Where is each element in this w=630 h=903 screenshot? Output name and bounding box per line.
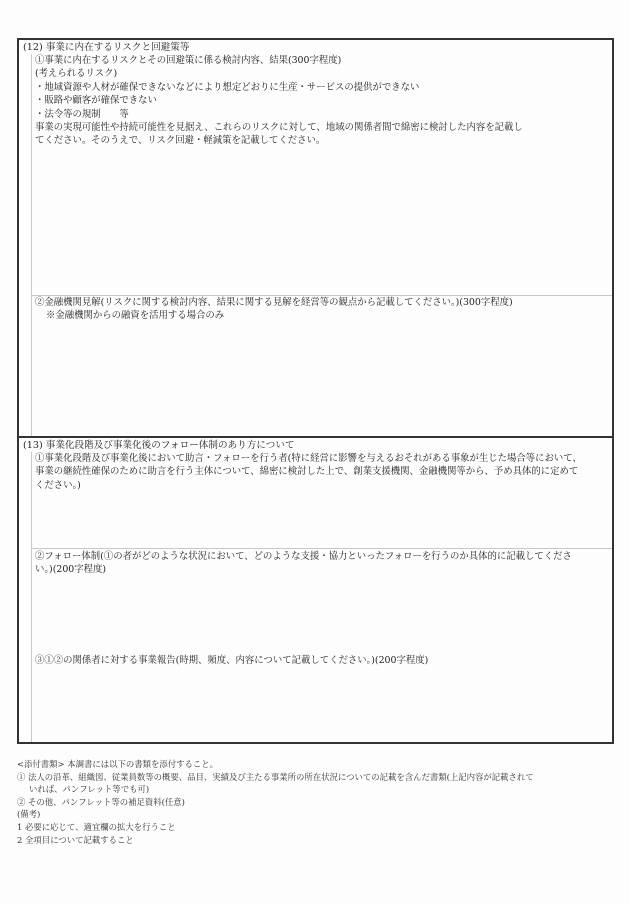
attachment-item: ① 法人の沿革、組織図、従業員数等の概要、品目、実績及び主たる事業所の所在状況に… xyxy=(17,771,617,784)
section-13-column: ①事業化段階及び事業化後において助言・フォローを行う者(特に経営に影響を与えるお… xyxy=(31,452,612,742)
remark-item: 1 必要に応じて、適宜欄の拡大を行うこと xyxy=(17,821,617,834)
section-13-item-3[interactable]: ③①②の関係者に対する事業報告(時期、頻度、内容について記載してください。)(2… xyxy=(32,654,612,742)
section-13-item-2[interactable]: ②フォロー体制(①の者がどのような状況において、どのような支援・協力といったフォ… xyxy=(32,548,612,654)
item-2-note: ※金融機関からの融資を活用する場合のみ xyxy=(35,309,610,322)
section-12-item-1[interactable]: ①事業に内在するリスクとその回避策に係る検討内容、結果(300字程度) (考えら… xyxy=(32,54,612,295)
form-table: (12) 事業に内在するリスクと回避策等 ①事業に内在するリスクとその回避策に係… xyxy=(17,38,614,744)
footer-notes: <添付書類> 本調書には以下の書類を添付すること。 ① 法人の沿革、組織図、従業… xyxy=(17,758,617,846)
section-12-risks: (12) 事業に内在するリスクと回避策等 ①事業に内在するリスクとその回避策に係… xyxy=(19,40,612,436)
attachments-intro: <添付書類> 本調書には以下の書類を添付すること。 xyxy=(17,758,617,771)
item-2-heading-line: い。)(200字程度) xyxy=(35,563,610,576)
item-3-heading: ③①②の関係者に対する事業報告(時期、頻度、内容について記載してください。)(2… xyxy=(35,654,610,667)
remarks-label: (備考) xyxy=(17,808,617,821)
risk-item: ・販路や顧客が確保できない xyxy=(35,94,610,107)
section-12-item-2[interactable]: ②金融機関見解(リスクに関する検討内容、結果に関する見解を経営等の観点から記載し… xyxy=(32,295,612,436)
attachment-item: ② その他、パンフレット等の補足資料(任意) xyxy=(17,796,617,809)
risk-item: ・地域資源や人材が確保できないなどにより想定どおりに生産・サービスの提供ができな… xyxy=(35,81,610,94)
item-1-heading: ①事業に内在するリスクとその回避策に係る検討内容、結果(300字程度) xyxy=(35,54,610,67)
section-12-title: (12) 事業に内在するリスクと回避策等 xyxy=(23,41,189,55)
section-13-item-1[interactable]: ①事業化段階及び事業化後において助言・フォローを行う者(特に経営に影響を与えるお… xyxy=(32,452,612,548)
section-13-title: (13) 事業化段階及び事業化後のフォロー体制のあり方について xyxy=(23,439,295,453)
section-13-follow-up: (13) 事業化段階及び事業化後のフォロー体制のあり方について ①事業化段階及び… xyxy=(19,436,612,742)
item-1-heading-line: ①事業化段階及び事業化後において助言・フォローを行う者(特に経営に影響を与えるお… xyxy=(35,452,610,465)
risks-label: (考えられるリスク) xyxy=(35,67,610,80)
item-1-heading-line: 事業の継続性確保のために助言を行う主体について、綿密に検討した上で、創業支援機関… xyxy=(35,465,610,478)
instruction-line: てください。そのうえで、リスク回避・軽減策を記載してください。 xyxy=(35,134,610,147)
item-2-heading-line: ②フォロー体制(①の者がどのような状況において、どのような支援・協力といったフォ… xyxy=(35,550,610,563)
item-1-heading-line: ください。) xyxy=(35,479,610,492)
instruction-line: 事業の実現可能性や持続可能性を見据え、これらのリスクに対して、地域の関係者間で綿… xyxy=(35,121,610,134)
item-2-heading: ②金融機関見解(リスクに関する検討内容、結果に関する見解を経営等の観点から記載し… xyxy=(35,296,610,309)
remark-item: 2 全項目について記載すること xyxy=(17,834,617,847)
attachment-item-continuation: いれば、パンフレット等でも可) xyxy=(17,783,617,796)
risk-item: ・法令等の規制 等 xyxy=(35,108,610,121)
section-12-column: ①事業に内在するリスクとその回避策に係る検討内容、結果(300字程度) (考えら… xyxy=(31,54,612,436)
